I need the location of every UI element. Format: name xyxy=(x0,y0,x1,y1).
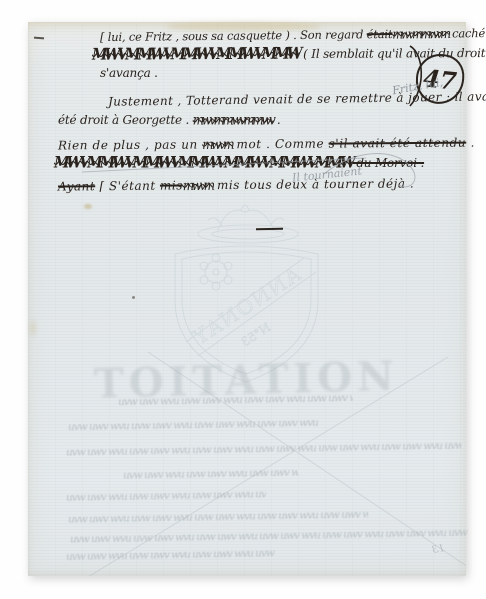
manuscript-line: Rien de plus , pas un mwvm mot . Comme s… xyxy=(58,135,475,154)
handwritten-text: . xyxy=(273,113,280,127)
handwritten-text: Rien de plus , pas un xyxy=(58,137,202,152)
handwritten-text-block: [ lui, ce Fritz , sous sa casquette ) . … xyxy=(28,22,466,576)
handwritten-text: était xyxy=(367,27,393,41)
handwritten-text: ( Il semblait qu'il avait du droit . Il xyxy=(300,46,486,61)
scan-background: ANNONAY N°53 TOITATION uvw uwv wvu uvw u… xyxy=(0,0,486,599)
handwritten-text: mis xyxy=(160,178,183,192)
handwritten-text: Ayant xyxy=(58,179,95,193)
crossed-out-scribble: MWVMMWVMMWVMMWVMMW xyxy=(92,45,300,64)
crossed-out-scribble: mwvmmwvm xyxy=(392,24,449,43)
handwritten-text: s'il avait été attendu xyxy=(329,136,467,151)
handwritten-text: du Morvoi . xyxy=(353,156,424,170)
handwritten-text: [ lui, ce Fritz , sous sa casquette ) . … xyxy=(100,27,367,44)
manuscript-line: s'avança . xyxy=(100,65,158,81)
manuscript-line: MWVMMWVMMWVMMWVMMWVMMWVMMW du Morvoi . xyxy=(54,155,424,171)
handwritten-text: s'avança . xyxy=(100,66,158,80)
handwritten-text: été droit à Georgette . xyxy=(58,113,193,127)
crossed-out-scribble: mwvm xyxy=(202,135,232,154)
manuscript-page: ANNONAY N°53 TOITATION uvw uwv wvu uvw u… xyxy=(28,22,466,576)
handwritten-text: . xyxy=(466,136,475,150)
manuscript-line: Ayant ⌈ S'étant mismwvm mis tous deux à … xyxy=(58,175,414,194)
handwritten-text: ⌈ S'étant xyxy=(95,179,160,194)
handwritten-text: caché . ) xyxy=(449,26,486,41)
crossed-out-scribble: mwvmmwvmmwv xyxy=(193,111,274,129)
manuscript-line: [ lui, ce Fritz , sous sa casquette ) . … xyxy=(100,25,486,45)
manuscript-line: été droit à Georgette . mwvmmwvmmwv . xyxy=(58,112,281,128)
crossed-out-scribble: mwvm xyxy=(183,176,213,195)
handwritten-text: mot . Comme xyxy=(232,137,329,152)
